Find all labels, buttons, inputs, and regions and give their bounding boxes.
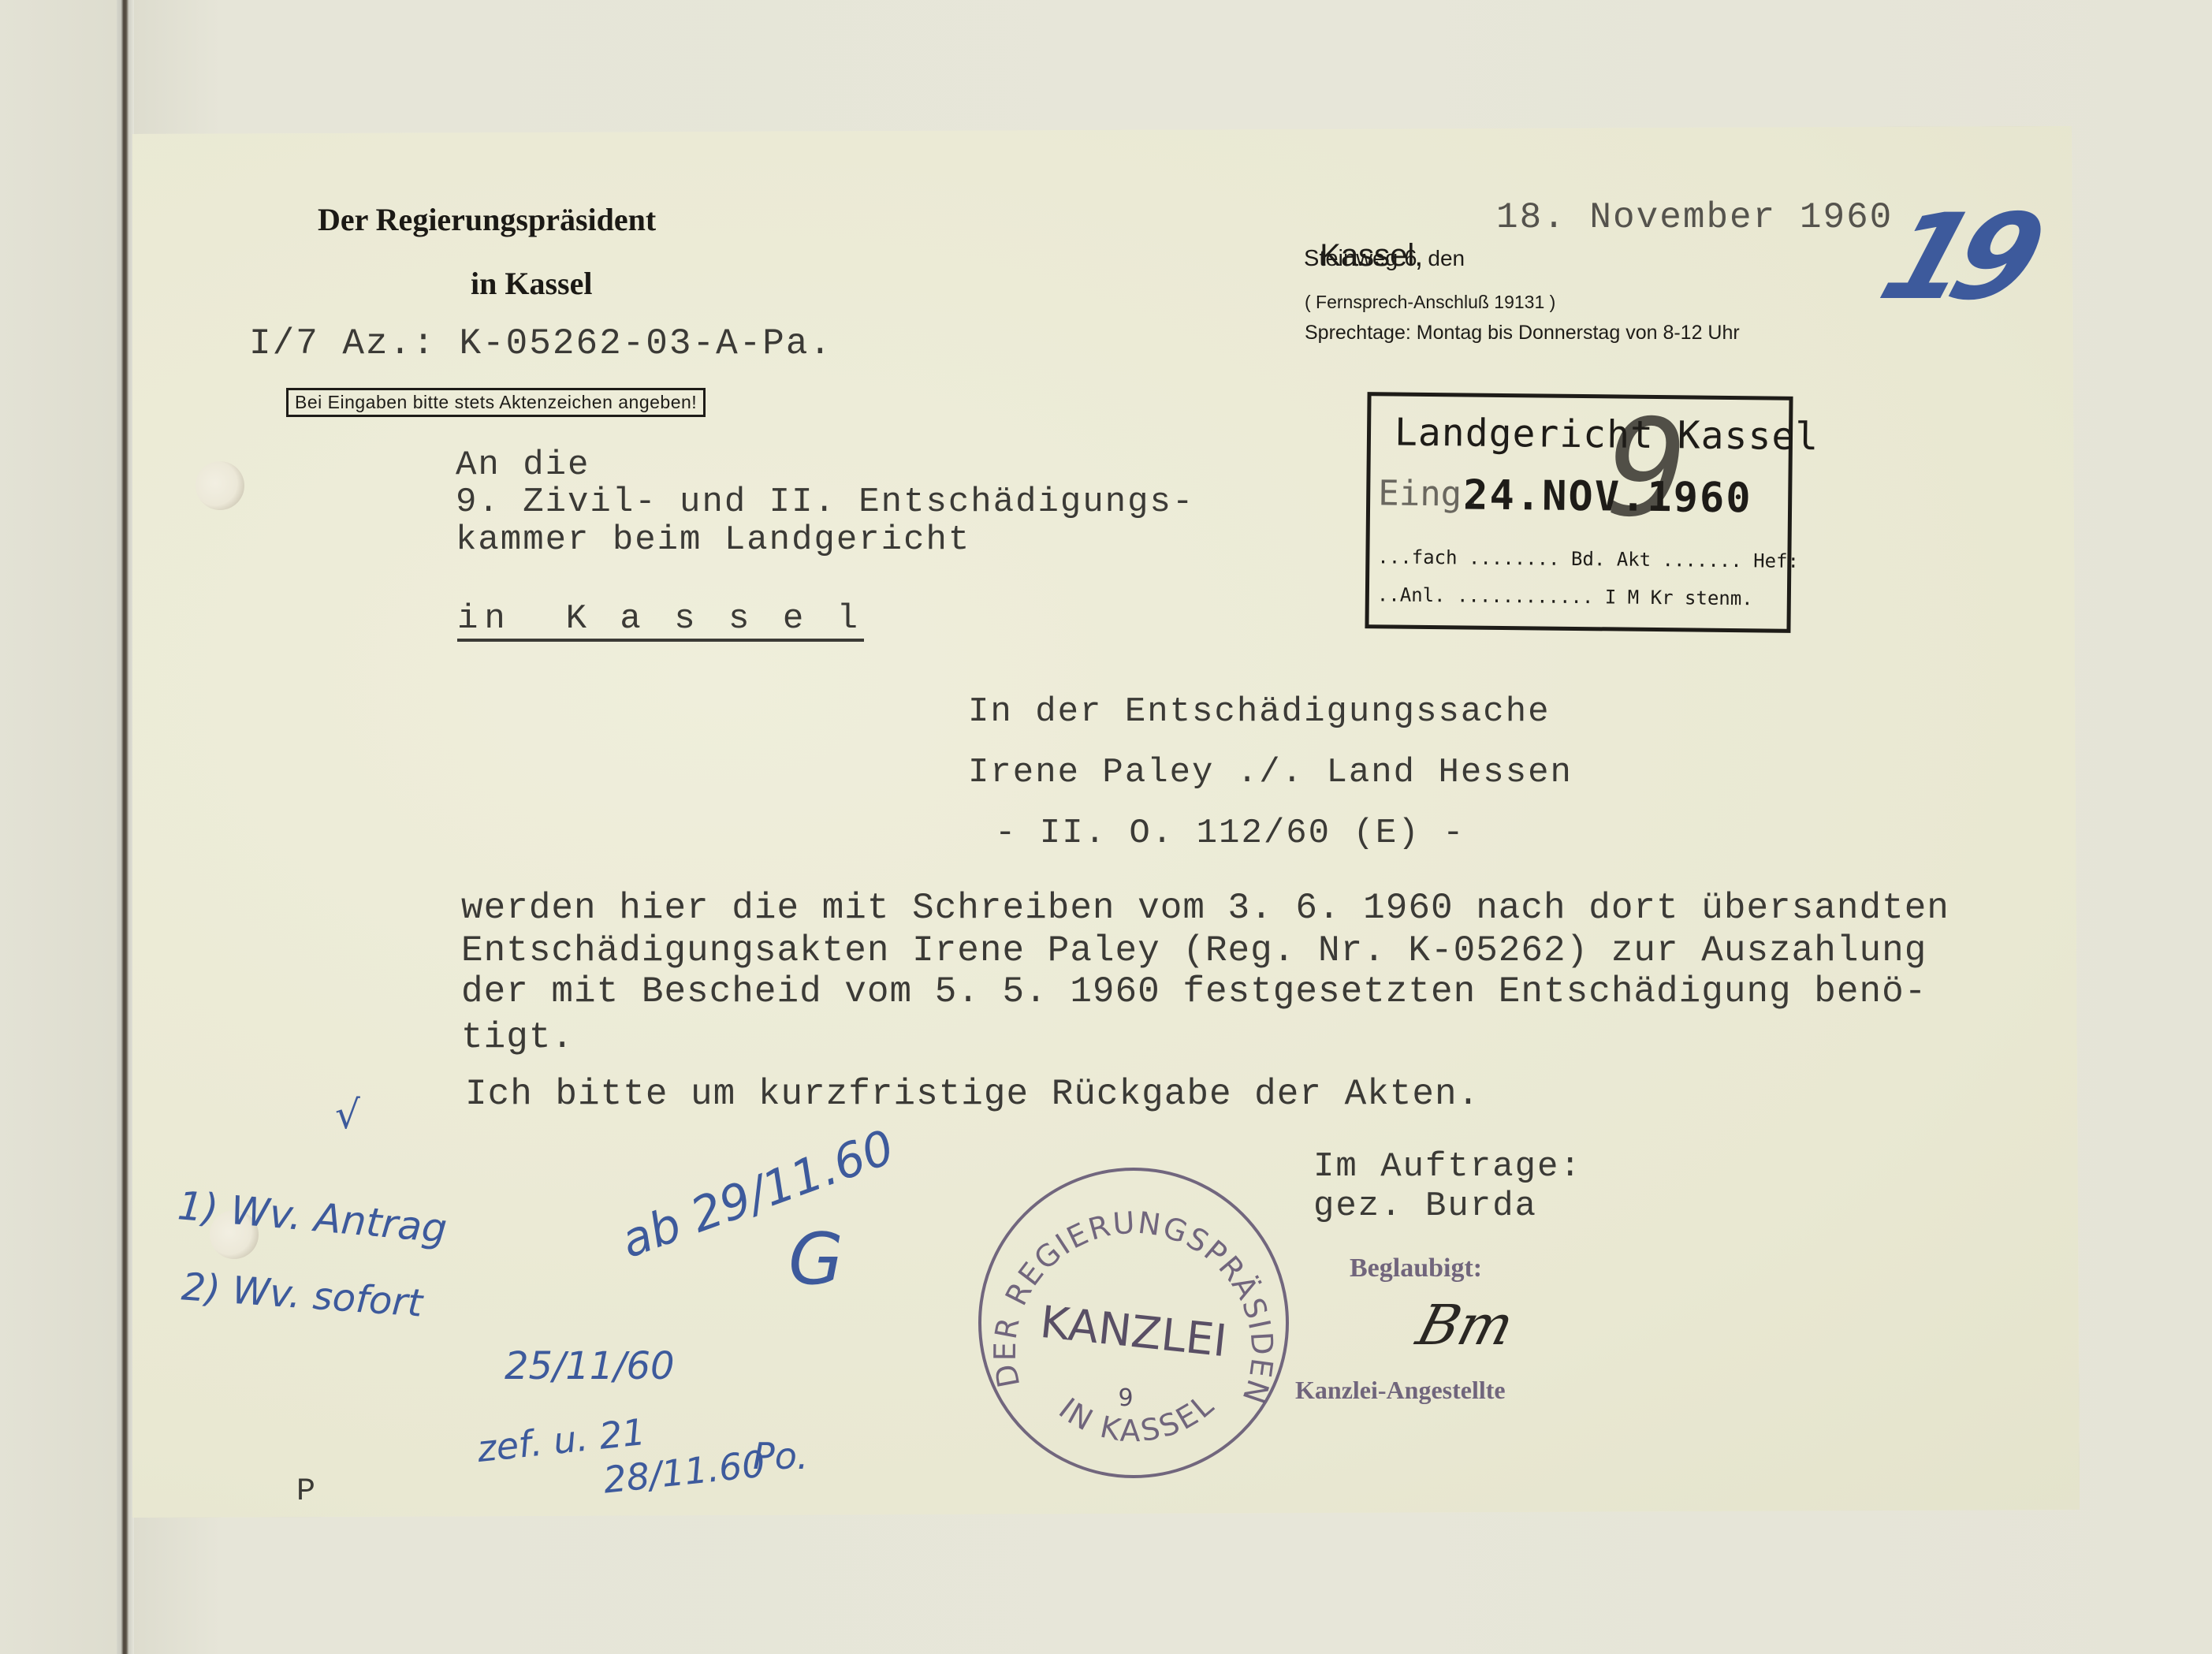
stamp-row-fach: ...fach ........ Bd. Akt ....... Hef: [1377,546,1795,572]
office-hours: Sprechtage: Montag bis Donnerstag von 8-… [1305,322,1740,345]
body-line4: tigt. [461,1017,574,1058]
on-behalf-label: Im Auftrage: [1313,1147,1582,1186]
handwritten-check: √ [335,1092,360,1138]
handwritten-initial1: G [788,1218,843,1301]
certified-stamp: Beglaubigt: [1350,1254,1482,1283]
handwritten-initial2: Po. [753,1435,809,1477]
subject-line1: In der Entschädigungssache [968,692,1551,732]
phone-number: ( Fernsprech-Anschluß 19131 ) [1305,292,1555,313]
file-reference: I/7 Az.: K-05262-03-A-Pa. [249,323,832,364]
authority-city: in Kassel [471,265,592,302]
body-line1: werden hier die mit Schreiben vom 3. 6. … [461,888,1949,929]
recipient-line1: An die [456,445,590,485]
binder-rail [117,0,134,1654]
kanzlei-seal: DER REGIERUNGSPRÄSIDENT IN KASSEL KANZLE… [968,1157,1299,1488]
authority-name: Der Regierungspräsident [318,201,656,238]
svg-text:IN KASSEL: IN KASSEL [1052,1386,1221,1448]
recipient-city: in K a s s e l [457,599,864,642]
body-line2: Entschädigungsakten Irene Paley (Reg. Nr… [461,930,1927,971]
stamp-row-anl: ..Anl. ............ I M Kr stenm. [1377,583,1795,610]
reference-notice: Bei Eingaben bitte stets Aktenzeichen an… [286,388,706,417]
svg-text:9: 9 [1118,1384,1133,1412]
body-paragraph2: Ich bitte um kurzfristige Rückgabe der A… [465,1074,1480,1115]
letter-date: 18. November 1960 [1496,197,1893,238]
clerk-title: Kanzlei-Angestellte [1295,1376,1506,1405]
signed-by: gez. Burda [1313,1186,1537,1226]
recipient-line2: 9. Zivil- und II. Entschädigungs- [456,482,1194,522]
seal-center-text: KANZLEI [1037,1297,1229,1367]
subject-case-number: - II. O. 112/60 (E) - [995,814,1465,853]
recipient-line3: kammer beim Landgericht [456,520,970,560]
den-label: den [1428,246,1465,270]
svg-text:DER REGIERUNGSPRÄSIDENT: DER REGIERUNGSPRÄSIDENT [968,1157,1280,1409]
received-stamp: Landgericht Kassel Eing. 24.NOV.1960 ...… [1365,392,1793,633]
street-address: Steinweg 6 [1304,246,1417,272]
footer-mark: P [296,1474,315,1510]
punch-hole-top [196,461,244,510]
body-line3: der mit Bescheid vom 5. 5. 1960 festgese… [461,971,1927,1012]
handwritten-date2: 25/11/60 [505,1344,675,1388]
signature-scribble: Bm [1410,1293,1521,1358]
stamp-handwritten-mark: 9 [1607,390,2026,551]
subject-line2: Irene Paley ./. Land Hessen [968,753,1573,792]
